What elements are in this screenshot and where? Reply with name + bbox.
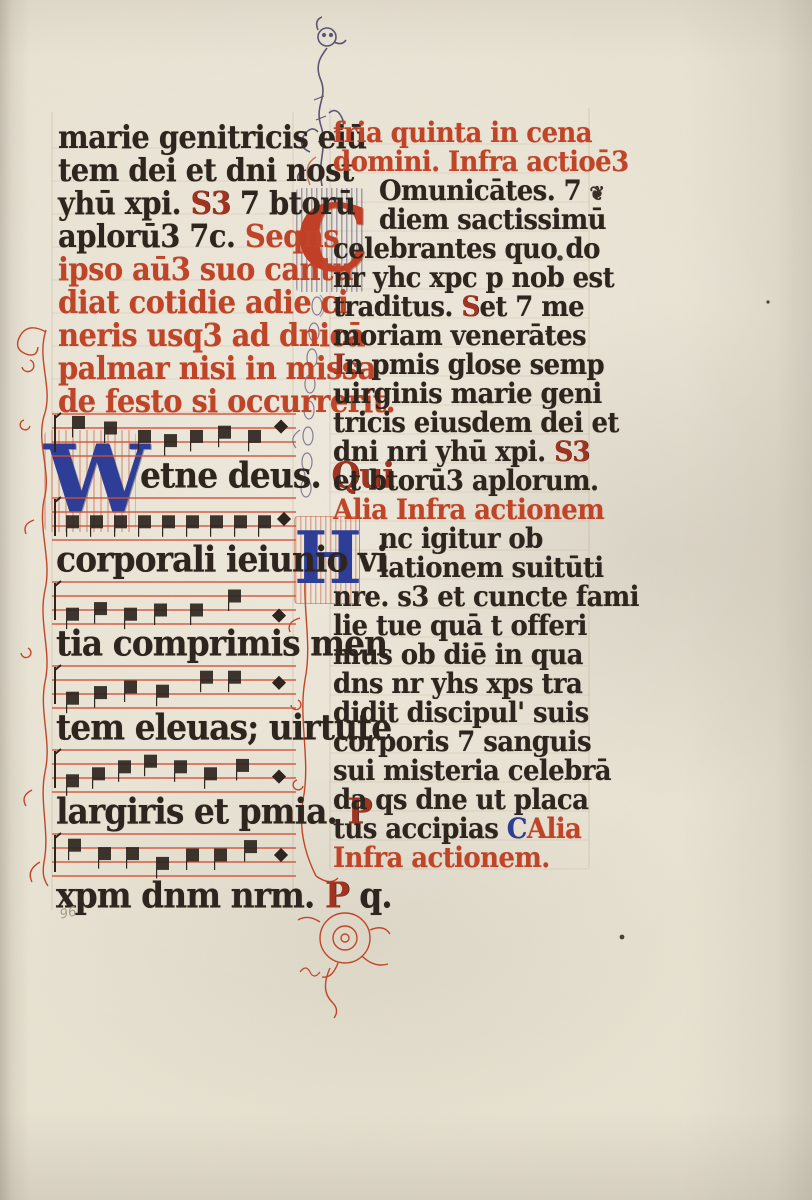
text-segment: Infra actionem. — [333, 842, 550, 874]
text-line: diem sactissimū — [333, 205, 637, 235]
neume-square — [98, 847, 111, 860]
text-segment: traditus. — [333, 291, 461, 323]
text-line: In pmis glose semp — [333, 350, 591, 380]
text-segment: q. — [349, 874, 392, 916]
text-line: didit discipul' suis — [333, 698, 591, 728]
clef-mark — [55, 833, 61, 872]
neume-square — [94, 686, 107, 699]
neume-square — [156, 857, 169, 870]
clef-mark — [55, 413, 61, 452]
text-line: neris usq3 ad dnicā — [58, 318, 294, 353]
text-segment: Seqns — [245, 218, 339, 255]
text-segment: ❦ — [590, 182, 605, 205]
folio-number: 96 — [59, 904, 78, 922]
text-segment: P — [325, 874, 349, 916]
text-segment: dns nr yhs xps tra — [333, 668, 582, 700]
text-segment: Omunicātes. 7 — [379, 175, 590, 207]
text-segment: nr yhc xpc p nob est — [333, 262, 614, 294]
text-segment: celebrantes quo do — [333, 233, 600, 265]
text-line: nre. s3 et cuncte fami — [333, 582, 591, 612]
neume-square — [214, 849, 227, 862]
neume-square — [190, 604, 203, 617]
neume-square — [236, 759, 249, 772]
neume-square — [164, 434, 177, 447]
neume-square — [154, 604, 167, 617]
text-segment: mus ob diē in qua — [333, 639, 583, 671]
text-line: fria quinta in cena — [333, 118, 591, 148]
text-line: dns nr yhs xps tra — [333, 669, 591, 699]
text-segment: corporis 7 sanguis — [333, 726, 591, 758]
text-segment: diat cotidie adie ci — [58, 284, 348, 321]
text-segment: moriam venerātes — [333, 320, 586, 352]
text-line: sui misteria celebrā — [333, 756, 591, 786]
neume-square — [114, 515, 127, 528]
text-segment: nre. s3 et cuncte fami — [333, 581, 639, 613]
neume-square — [174, 760, 187, 773]
text-segment: xpm dnm nrm. — [56, 874, 325, 916]
neume-square — [162, 515, 175, 528]
text-segment: I — [333, 349, 345, 381]
neume-square — [124, 608, 137, 621]
neume-diamond — [274, 848, 288, 862]
neume-diamond — [272, 676, 286, 690]
text-segment: C — [507, 813, 527, 845]
text-line: lationem suitūti — [333, 553, 637, 583]
neume-square — [248, 430, 261, 443]
text-segment: S3 — [191, 185, 231, 222]
text-line: largiris et pmia. P — [56, 792, 294, 831]
text-segment: ipso aū3 suo cantu — [58, 251, 353, 288]
text-segment: marie genitricis eiū — [58, 119, 367, 156]
text-segment: didit discipul' suis — [333, 697, 589, 729]
text-line: tem eleuas; uirtute — [56, 708, 294, 747]
text-line: ipso aū3 suo cantu — [58, 252, 294, 287]
neume-square — [138, 430, 151, 443]
text-line: nc igitur ob — [333, 524, 637, 554]
neume-square — [228, 671, 241, 684]
text-line: celebrantes quo do — [333, 234, 591, 264]
text-segment: palmar nisi in missa — [58, 350, 376, 387]
text-segment: tricis eiusdem dei et — [333, 407, 619, 439]
neume-square — [66, 515, 79, 528]
neume-diamond — [277, 512, 291, 526]
text-line: tia comprimis men — [56, 624, 294, 663]
text-segment: lationem suitūti — [379, 552, 604, 584]
neume-square — [66, 608, 79, 621]
text-line: xpm dnm nrm. P q. — [56, 876, 294, 915]
text-segment: et btorū3 aplorum. — [333, 465, 599, 497]
text-line: palmar nisi in missa — [58, 351, 294, 386]
neume-square — [200, 671, 213, 684]
neume-square — [204, 767, 217, 780]
neume-square — [94, 602, 107, 615]
neume-square — [68, 839, 81, 852]
text-segment: lie tue quā t offeri — [333, 610, 587, 642]
neume-square — [138, 515, 151, 528]
text-line: etne deus. Qui — [56, 456, 378, 495]
neume-square — [258, 515, 271, 528]
text-line: dni nri yhū xpi. S3 — [333, 437, 591, 467]
left-margin-flourish — [18, 328, 48, 886]
text-line: tus accipias CAlia — [333, 814, 591, 844]
text-segment: domini. Infra actioē3 — [333, 146, 629, 178]
text-line: diat cotidie adie ci — [58, 285, 294, 320]
text-segment: Alia — [527, 813, 581, 845]
text-line: corporali ieiunio vi — [56, 540, 294, 579]
text-line: marie genitricis eiū — [58, 120, 294, 155]
text-line: tricis eiusdem dei et — [333, 408, 591, 438]
neume-square — [66, 692, 79, 705]
text-line: corporis 7 sanguis — [333, 727, 591, 757]
text-line: lie tue quā t offeri — [333, 611, 591, 641]
text-segment: da qs dne ut placa — [333, 784, 588, 816]
text-segment: fria quinta in cena — [333, 117, 592, 149]
text-segment: nc igitur ob — [379, 523, 543, 555]
text-segment: S3 — [554, 436, 590, 468]
text-segment: aplorū3 7c. — [58, 218, 245, 255]
text-line: et btorū3 aplorum. — [333, 466, 591, 496]
text-segment: tem dei et dni nost — [58, 152, 354, 189]
text-segment: yhū xpi. — [58, 185, 191, 222]
text-line: aplorū3 7c. Seqns — [58, 219, 294, 254]
text-segment: sui misteria celebrā — [333, 755, 611, 787]
text-line: tem dei et dni nost — [58, 153, 294, 188]
text-line: mus ob diē in qua — [333, 640, 591, 670]
neume-diamond — [274, 420, 288, 434]
neume-square — [66, 774, 79, 787]
neume-square — [144, 755, 157, 768]
neume-square — [72, 416, 85, 429]
neume-square — [228, 590, 241, 603]
neume-diamond — [272, 770, 286, 784]
text-segment: uirginis marie geni — [333, 378, 602, 410]
neume-square — [244, 840, 257, 853]
text-segment: et 7 me — [479, 291, 584, 323]
neume-square — [186, 849, 199, 862]
text-line: yhū xpi. S3 7 btorū — [58, 186, 294, 221]
text-segment: Alia Infra actionem — [333, 494, 604, 526]
text-line: Alia Infra actionem — [333, 495, 591, 525]
clef-mark — [55, 665, 61, 704]
manuscript-page: W C H marie genitricis eiūtem dei et dni… — [0, 0, 812, 1200]
text-segment: n pmis glose semp — [345, 349, 605, 381]
neume-square — [186, 515, 199, 528]
text-line: Infra actionem. — [333, 843, 591, 873]
neume-square — [210, 515, 223, 528]
text-segment: diem sactissimū — [379, 204, 606, 236]
neume-square — [126, 847, 139, 860]
neume-square — [190, 430, 203, 443]
text-line: uirginis marie geni — [333, 379, 591, 409]
neume-square — [234, 515, 247, 528]
neume-square — [124, 681, 137, 694]
neume-square — [90, 515, 103, 528]
clef-mark — [55, 497, 61, 536]
text-segment: S — [461, 291, 479, 323]
text-line: traditus. Set 7 me — [333, 292, 591, 322]
neume-square — [92, 767, 105, 780]
text-line: domini. Infra actioē3 — [333, 147, 591, 177]
text-line: da qs dne ut placa — [333, 785, 591, 815]
neume-square — [218, 426, 231, 439]
text-segment: etne deus. — [140, 454, 331, 496]
neume-square — [104, 422, 117, 435]
text-segment: dni nri yhū xpi. — [333, 436, 554, 468]
clef-mark — [55, 749, 61, 788]
text-line: nr yhc xpc p nob est — [333, 263, 591, 293]
clef-mark — [55, 581, 61, 620]
text-segment: neris usq3 ad dnicā — [58, 317, 365, 354]
neume-square — [156, 685, 169, 698]
text-segment: largiris et pmia. — [56, 790, 348, 832]
text-line: moriam venerātes — [333, 321, 591, 351]
text-segment: tus accipias — [333, 813, 507, 845]
neume-square — [118, 760, 131, 773]
